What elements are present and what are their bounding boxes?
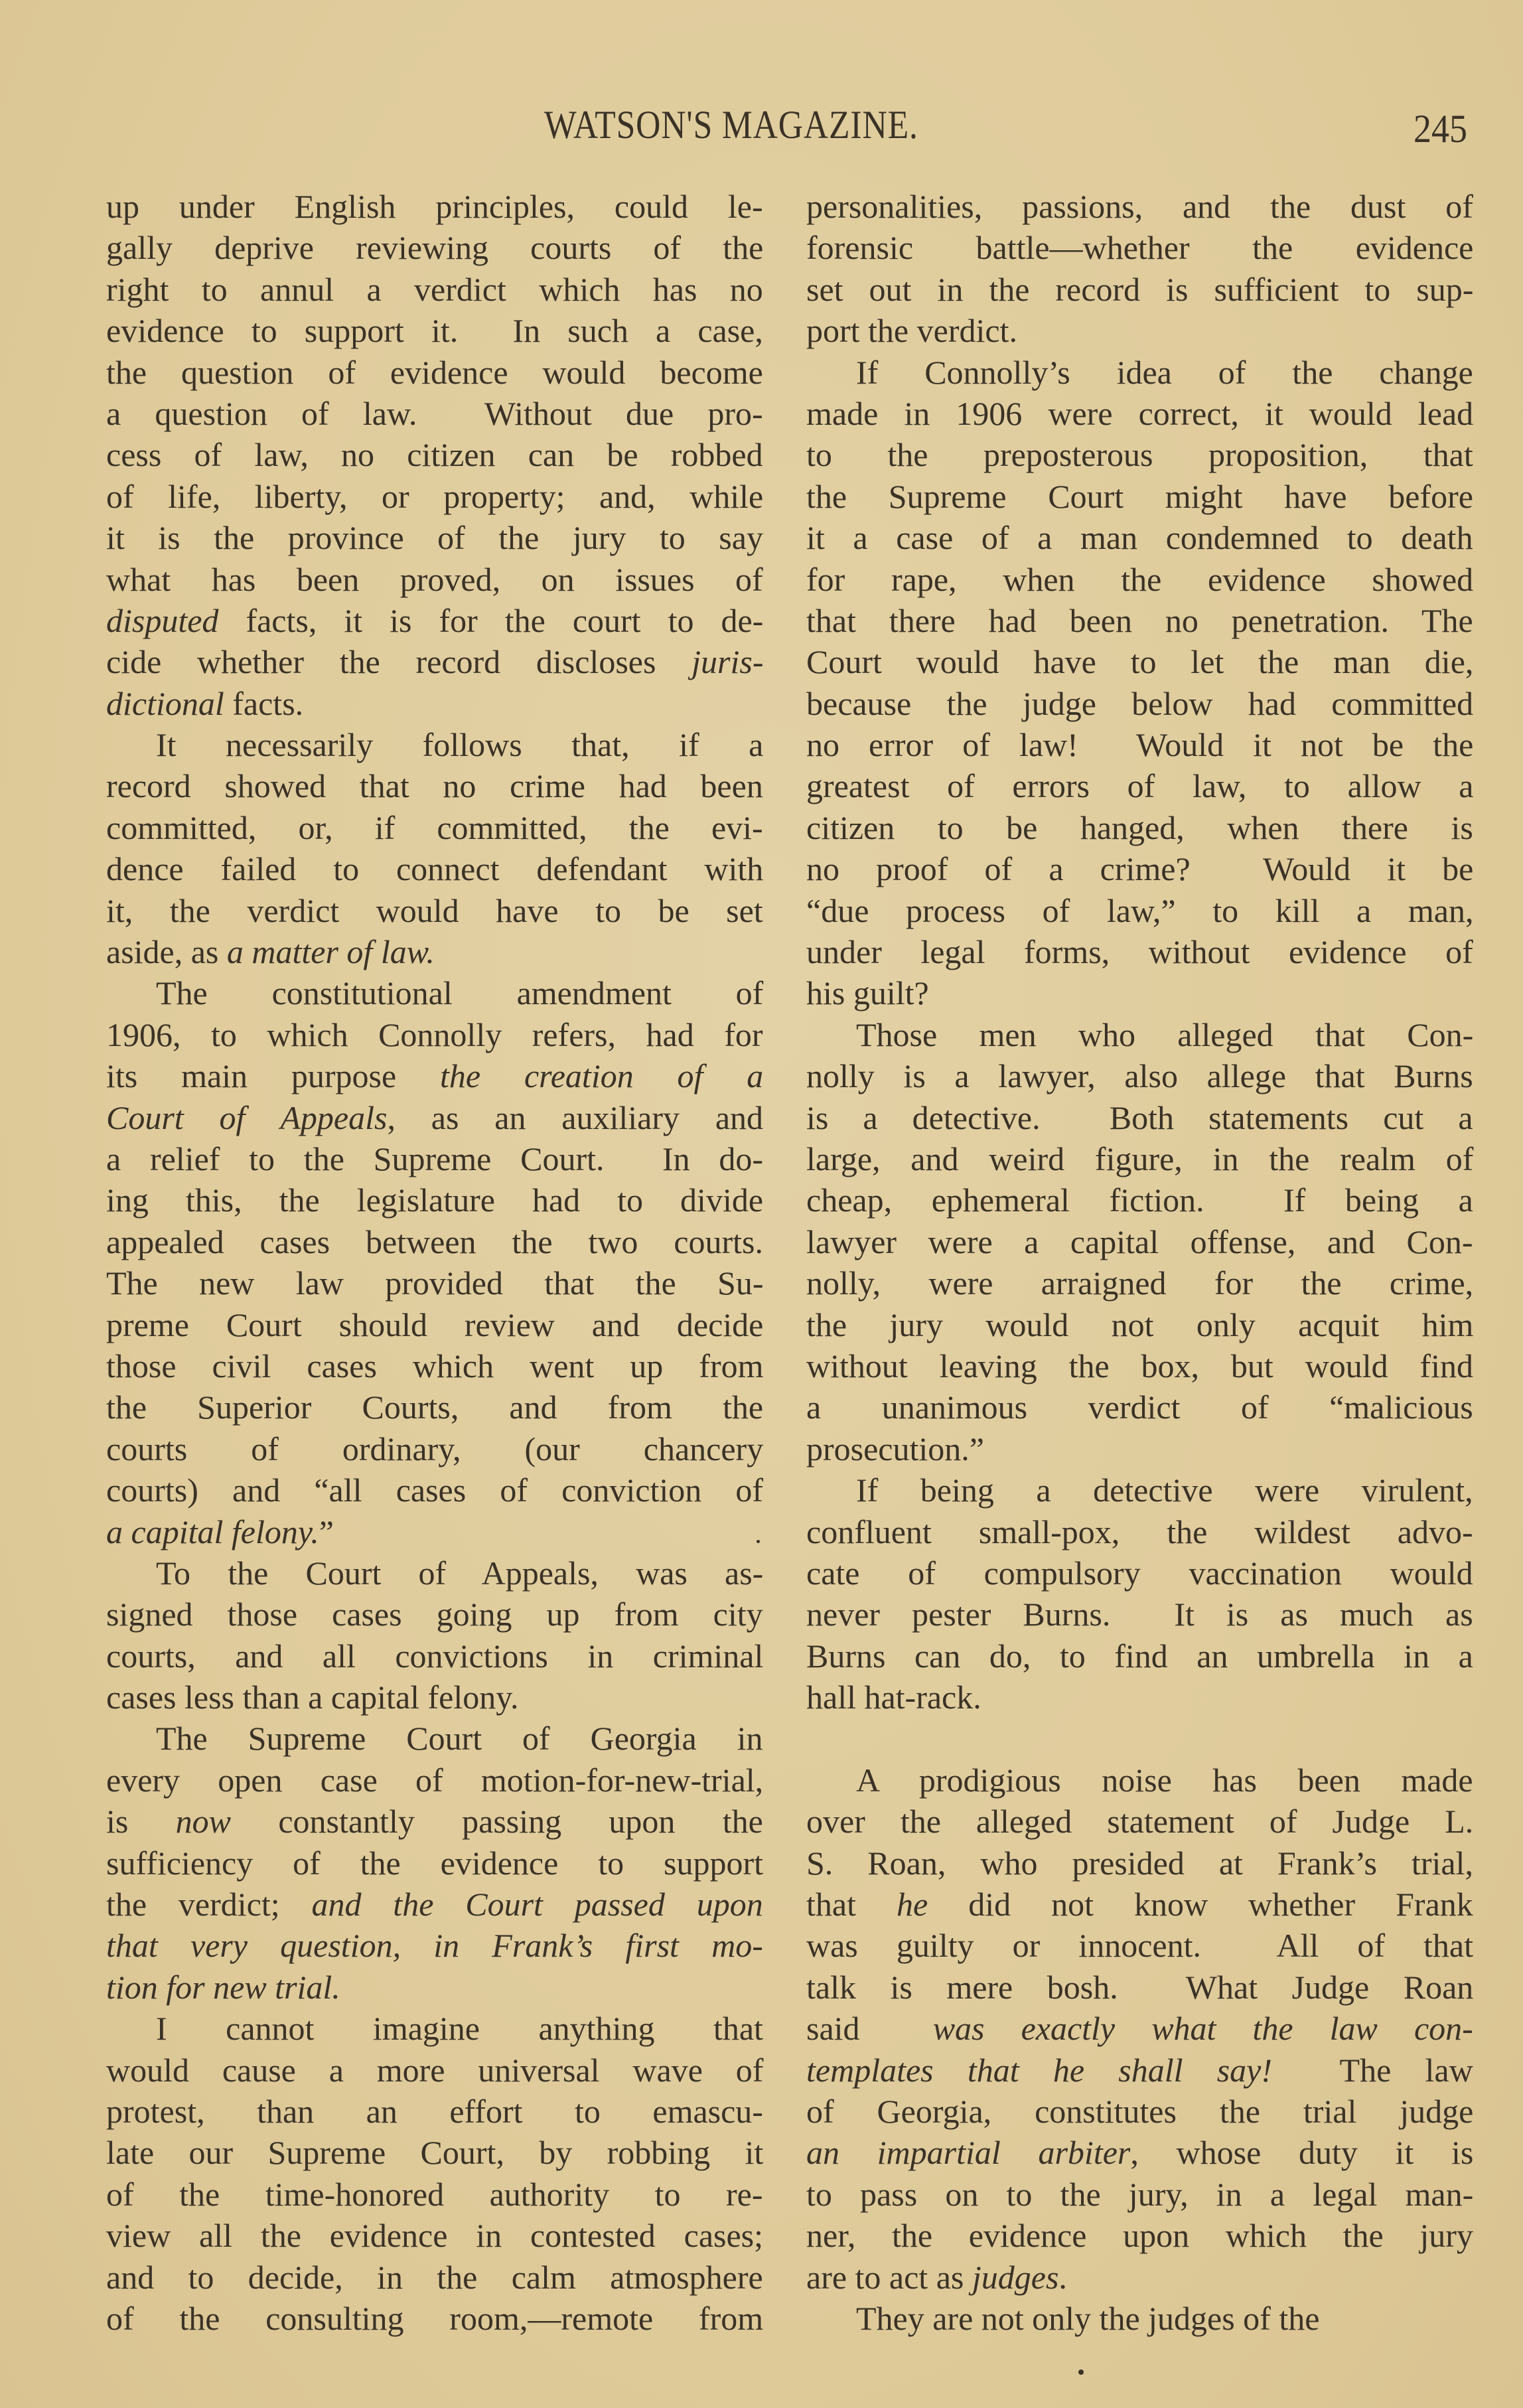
text-line: his guilt? xyxy=(806,972,1473,1014)
body-text: because the judge below had committed xyxy=(806,685,1473,722)
body-text: prosecution.” xyxy=(806,1430,984,1467)
text-line: They are not only the judges of the xyxy=(806,2298,1473,2339)
text-line: S. Roan, who presided at Frank’s trial, xyxy=(806,1843,1473,1884)
body-text: If Connolly’s idea of the change xyxy=(856,354,1473,391)
italic-text: an impartial arbiter xyxy=(806,2134,1130,2171)
body-text: the verdict; xyxy=(106,1886,311,1923)
body-text: Those men who alleged that Con- xyxy=(856,1016,1473,1053)
body-text: never pester Burns. It is as much as xyxy=(806,1596,1473,1633)
text-line: cases less than a capital felony. xyxy=(106,1677,763,1718)
body-text: over the alleged statement of Judge L. xyxy=(806,1803,1473,1840)
italic-text: templates that he shall say! xyxy=(806,2052,1272,2089)
body-text: without leaving the box, but would find xyxy=(806,1347,1473,1385)
body-text: cases less than a capital felony. xyxy=(106,1679,519,1716)
italic-text: judges xyxy=(972,2259,1059,2296)
body-text: citizen to be hanged, when there is xyxy=(806,809,1473,846)
text-line: its main purpose the creation of a xyxy=(106,1055,763,1096)
text-line: a relief to the Supreme Court. In do- xyxy=(106,1138,763,1179)
body-text: that there had been no penetration. The xyxy=(806,602,1473,639)
body-text: of life, liberty, or property; and, whil… xyxy=(106,478,763,515)
text-line: evidence to support it. In such a case, xyxy=(106,310,763,351)
text-line: the jury would not only acquit him xyxy=(806,1304,1473,1345)
italic-text: Court of Appeals xyxy=(106,1099,387,1136)
text-line: a question of law. Without due pro- xyxy=(106,393,763,434)
body-text: and to decide, in the calm atmosphere xyxy=(106,2259,763,2296)
text-line: templates that he shall say! The law xyxy=(806,2050,1473,2091)
body-text: facts. xyxy=(224,685,303,722)
text-line: up under English principles, could le- xyxy=(106,186,763,227)
body-text: aside, as xyxy=(106,933,227,970)
text-line: greatest of errors of law, to allow a xyxy=(806,765,1473,806)
body-text: up under English principles, could le- xyxy=(106,188,763,225)
body-text: to the preposterous proposition, that xyxy=(806,436,1473,473)
body-text: courts) and “all cases of conviction of xyxy=(106,1471,763,1509)
body-text: talk is mere bosh. What Judge Roan xyxy=(806,1969,1473,2006)
text-line: it is the province of the jury to say xyxy=(106,517,763,558)
text-line: gally deprive reviewing courts of the xyxy=(106,227,763,268)
body-text: 1906, to which Connolly refers, had for xyxy=(106,1016,763,1053)
body-text: of the time-honored authority to re- xyxy=(106,2176,763,2213)
text-line: and to decide, in the calm atmosphere xyxy=(106,2257,763,2298)
body-text: view all the evidence in contested cases… xyxy=(106,2217,763,2254)
text-line: of life, liberty, or property; and, whil… xyxy=(106,476,763,517)
body-text: personalities, passions, and the dust of xyxy=(806,188,1473,225)
text-line: those civil cases which went up from xyxy=(106,1345,763,1387)
text-line: said was exactly what the law con- xyxy=(806,2008,1473,2049)
section-break xyxy=(806,1718,1473,1759)
text-line: Court of Appeals, as an auxiliary and xyxy=(106,1097,763,1138)
text-line: cess of law, no citizen can be robbed xyxy=(106,434,763,475)
italic-text: was exactly what the law con- xyxy=(933,2010,1473,2047)
text-line: of the time-honored authority to re- xyxy=(106,2174,763,2215)
text-line: an impartial arbiter, whose duty it is xyxy=(806,2132,1473,2173)
text-line: tion for new trial. xyxy=(106,1967,763,2008)
text-line: cate of compulsory vaccination would xyxy=(806,1552,1473,1594)
body-text: To the Court of Appeals, was as- xyxy=(156,1554,763,1592)
body-text: appealed cases between the two courts. xyxy=(106,1223,763,1260)
text-line: signed those cases going up from city xyxy=(106,1594,763,1635)
body-text: his guilt? xyxy=(806,974,929,1012)
text-line: personalities, passions, and the dust of xyxy=(806,186,1473,227)
body-text: They are not only the judges of the xyxy=(856,2300,1319,2337)
body-text: ing this, the legislature had to divide xyxy=(106,1181,763,1219)
text-line: because the judge below had committed xyxy=(806,683,1473,724)
body-text: The law xyxy=(1272,2052,1473,2089)
body-text: for rape, when the evidence showed xyxy=(806,561,1473,598)
text-line: cide whether the record discloses juris- xyxy=(106,641,763,682)
body-text: The new law provided that the Su- xyxy=(106,1264,763,1302)
body-text: it, the verdict would have to be set xyxy=(106,892,763,929)
text-line: would cause a more universal wave of xyxy=(106,2050,763,2091)
text-line: for rape, when the evidence showed xyxy=(806,559,1473,600)
body-text: set out in the record is sufficient to s… xyxy=(806,271,1473,308)
body-text: that xyxy=(806,1886,897,1923)
text-line: that there had been no penetration. The xyxy=(806,600,1473,641)
text-line: late our Supreme Court, by robbing it xyxy=(106,2132,763,2173)
text-line: port the verdict. xyxy=(806,310,1473,351)
text-line: never pester Burns. It is as much as xyxy=(806,1594,1473,1635)
body-text: late our Supreme Court, by robbing it xyxy=(106,2134,763,2171)
text-line: cheap, ephemeral fiction. If being a xyxy=(806,1179,1473,1221)
text-line: sufficiency of the evidence to support xyxy=(106,1843,763,1884)
page-number: 245 xyxy=(1414,106,1467,152)
text-line: aside, as a matter of law. xyxy=(106,931,763,972)
text-line: is a detective. Both statements cut a xyxy=(806,1097,1473,1138)
body-text: a question of law. Without due pro- xyxy=(106,395,763,432)
text-line: no error of law! Would it not be the xyxy=(806,724,1473,765)
text-line: nolly is a lawyer, also allege that Burn… xyxy=(806,1055,1473,1096)
footer-dot xyxy=(1078,2370,1084,2375)
text-line: no proof of a crime? Would it be xyxy=(806,848,1473,889)
body-text: under legal forms, without evidence of xyxy=(806,933,1473,970)
body-text: I cannot imagine anything that xyxy=(156,2010,763,2047)
body-text: no proof of a crime? Would it be xyxy=(806,850,1473,887)
text-line: record showed that no crime had been xyxy=(106,765,763,806)
body-text: to pass on to the jury, in a legal man- xyxy=(806,2176,1473,2213)
body-text: courts of ordinary, (our chancery xyxy=(106,1430,763,1467)
body-text: evidence to support it. In such a case, xyxy=(106,312,763,349)
body-text: preme Court should review and decide xyxy=(106,1306,763,1343)
text-line: to the preposterous proposition, that xyxy=(806,434,1473,475)
text-line: what has been proved, on issues of xyxy=(106,559,763,600)
text-line: over the alleged statement of Judge L. xyxy=(806,1801,1473,1842)
text-line: ing this, the legislature had to divide xyxy=(106,1179,763,1221)
text-line: It necessarily follows that, if a xyxy=(106,724,763,765)
text-line: ner, the evidence upon which the jury xyxy=(806,2215,1473,2256)
italic-text: now xyxy=(176,1803,231,1840)
text-line: that very question, in Frank’s first mo- xyxy=(106,1925,763,1966)
body-text: is xyxy=(106,1803,176,1840)
body-text: is a detective. Both statements cut a xyxy=(806,1099,1473,1136)
body-text: right to annul a verdict which has no xyxy=(106,271,763,308)
body-text: forensic battle—whether the evidence xyxy=(806,229,1473,266)
print-speck xyxy=(757,1540,760,1543)
body-text: would cause a more universal wave of xyxy=(106,2052,763,2089)
body-text: S. Roan, who presided at Frank’s trial, xyxy=(806,1844,1473,1882)
body-text: said xyxy=(806,2010,933,2047)
page-header: WATSON'S MAGAZINE. 245 xyxy=(0,100,1523,153)
text-line: it, the verdict would have to be set xyxy=(106,890,763,931)
body-text: the jury would not only acquit him xyxy=(806,1306,1473,1343)
text-line: to pass on to the jury, in a legal man- xyxy=(806,2174,1473,2215)
body-text: If being a detective were virulent, xyxy=(856,1471,1473,1509)
text-line: every open case of motion-for-new-trial, xyxy=(106,1760,763,1801)
text-line: it a case of a man condemned to death xyxy=(806,517,1473,558)
body-text: those civil cases which went up from xyxy=(106,1347,763,1385)
body-text: large, and weird figure, in the realm of xyxy=(806,1140,1473,1177)
text-line: right to annul a verdict which has no xyxy=(106,269,763,310)
body-text: made in 1906 were correct, it would lead xyxy=(806,395,1473,432)
body-text: constantly passing upon the xyxy=(231,1803,763,1840)
text-line: courts of ordinary, (our chancery xyxy=(106,1428,763,1469)
body-text: Burns can do, to find an umbrella in a xyxy=(806,1637,1473,1675)
body-text: cheap, ephemeral fiction. If being a xyxy=(806,1181,1473,1219)
text-line: the Superior Courts, and from the xyxy=(106,1387,763,1428)
body-text: . xyxy=(1058,2259,1067,2296)
body-text: greatest of errors of law, to allow a xyxy=(806,767,1473,804)
body-text: Court would have to let the man die, xyxy=(806,643,1473,680)
running-title: WATSON'S MAGAZINE. xyxy=(544,102,918,148)
italic-text: a matter of law. xyxy=(227,933,435,970)
body-text: the question of evidence would become xyxy=(106,354,763,391)
body-text: It necessarily follows that, if a xyxy=(156,726,763,763)
body-text: it is the province of the jury to say xyxy=(106,519,763,556)
text-line: “due process of law,” to kill a man, xyxy=(806,890,1473,931)
text-line: citizen to be hanged, when there is xyxy=(806,807,1473,848)
text-line: is now constantly passing upon the xyxy=(106,1801,763,1842)
text-line: If being a detective were virulent, xyxy=(806,1469,1473,1511)
text-line: Those men who alleged that Con- xyxy=(806,1014,1473,1055)
text-line: was guilty or innocent. All of that xyxy=(806,1925,1473,1966)
body-text: the Superior Courts, and from the xyxy=(106,1389,763,1426)
body-text: A prodigious noise has been made xyxy=(856,1762,1473,1799)
body-text: of Georgia, constitutes the trial judge xyxy=(806,2093,1473,2130)
text-line: a unanimous verdict of “malicious xyxy=(806,1387,1473,1428)
text-line: The new law provided that the Su- xyxy=(106,1262,763,1304)
text-line: are to act as judges. xyxy=(806,2257,1473,2298)
body-text: nolly is a lawyer, also allege that Burn… xyxy=(806,1057,1473,1094)
body-text: , whose duty it is xyxy=(1130,2134,1473,2171)
body-text: the Supreme Court might have before xyxy=(806,478,1473,515)
text-line: forensic battle—whether the evidence xyxy=(806,227,1473,268)
text-line: I cannot imagine anything that xyxy=(106,2008,763,2049)
text-line: confluent small-pox, the wildest advo- xyxy=(806,1511,1473,1552)
text-line: large, and weird figure, in the realm of xyxy=(806,1138,1473,1179)
left-column: up under English principles, could le-ga… xyxy=(106,186,763,2339)
body-text: facts, it is for the court to de- xyxy=(218,602,763,639)
text-line: under legal forms, without evidence of xyxy=(806,931,1473,972)
text-line: A prodigious noise has been made xyxy=(806,1760,1473,1801)
body-text: ” xyxy=(319,1513,334,1550)
body-text: of the consulting room,—remote from xyxy=(106,2300,763,2337)
italic-text: and the Court passed upon xyxy=(311,1886,762,1923)
text-line: nolly, were arraigned for the crime, xyxy=(806,1262,1473,1304)
text-line: protest, than an effort to emascu- xyxy=(106,2091,763,2132)
text-line: If Connolly’s idea of the change xyxy=(806,352,1473,393)
body-text: sufficiency of the evidence to support xyxy=(106,1844,763,1882)
italic-text: tion for new trial. xyxy=(106,1969,340,2006)
body-text: it a case of a man condemned to death xyxy=(806,519,1473,556)
body-text: its main purpose xyxy=(106,1057,440,1094)
body-text: lawyer were a capital offense, and Con- xyxy=(806,1223,1473,1260)
text-line: Burns can do, to find an umbrella in a xyxy=(806,1635,1473,1677)
text-line: The Supreme Court of Georgia in xyxy=(106,1718,763,1759)
body-text: cess of law, no citizen can be robbed xyxy=(106,436,763,473)
body-text: every open case of motion-for-new-trial, xyxy=(106,1762,763,1799)
text-line: lawyer were a capital offense, and Con- xyxy=(806,1221,1473,1262)
text-line: that he did not know whether Frank xyxy=(806,1884,1473,1925)
text-line: courts, and all convictions in criminal xyxy=(106,1635,763,1677)
body-text: protest, than an effort to emascu- xyxy=(106,2093,763,2130)
body-text: are to act as xyxy=(806,2259,972,2296)
text-line: the Supreme Court might have before xyxy=(806,476,1473,517)
text-line: disputed facts, it is for the court to d… xyxy=(106,600,763,641)
text-line: of the consulting room,—remote from xyxy=(106,2298,763,2339)
body-text: , as an auxiliary and xyxy=(387,1099,763,1136)
body-text: cide whether the record discloses xyxy=(106,643,691,680)
text-line: without leaving the box, but would find xyxy=(806,1345,1473,1387)
text-line: talk is mere bosh. What Judge Roan xyxy=(806,1967,1473,2008)
body-text: what has been proved, on issues of xyxy=(106,561,763,598)
text-line: a capital felony.” xyxy=(106,1511,763,1552)
body-text: committed, or, if committed, the evi- xyxy=(106,809,763,846)
text-line: 1906, to which Connolly refers, had for xyxy=(106,1014,763,1055)
italic-text: he xyxy=(897,1886,928,1923)
text-line: The constitutional amendment of xyxy=(106,972,763,1014)
text-line: hall hat-rack. xyxy=(806,1677,1473,1718)
body-text: gally deprive reviewing courts of the xyxy=(106,229,763,266)
italic-text: disputed xyxy=(106,602,218,639)
text-line: preme Court should review and decide xyxy=(106,1304,763,1345)
text-line: dence failed to connect defendant with xyxy=(106,848,763,889)
body-text: confluent small-pox, the wildest advo- xyxy=(806,1513,1473,1550)
text-line: the question of evidence would become xyxy=(106,352,763,393)
body-text: a unanimous verdict of “malicious xyxy=(806,1389,1473,1426)
italic-text: the creation of a xyxy=(440,1057,763,1094)
italic-text: dictional xyxy=(106,685,224,722)
body-text: did not know whether Frank xyxy=(928,1886,1473,1923)
right-column: personalities, passions, and the dust of… xyxy=(806,186,1473,2339)
italic-text: juris- xyxy=(691,643,763,680)
italic-text: that very question, in Frank’s first mo- xyxy=(106,1927,763,1964)
text-line: set out in the record is sufficient to s… xyxy=(806,269,1473,310)
body-text: dence failed to connect defendant with xyxy=(106,850,763,887)
body-text: signed those cases going up from city xyxy=(106,1596,763,1633)
text-line: To the Court of Appeals, was as- xyxy=(106,1552,763,1594)
body-text: “due process of law,” to kill a man, xyxy=(806,892,1473,929)
text-line: view all the evidence in contested cases… xyxy=(106,2215,763,2256)
body-text: cate of compulsory vaccination would xyxy=(806,1554,1473,1592)
body-text: nolly, were arraigned for the crime, xyxy=(806,1264,1473,1302)
text-line: made in 1906 were correct, it would lead xyxy=(806,393,1473,434)
text-line: of Georgia, constitutes the trial judge xyxy=(806,2091,1473,2132)
body-text: no error of law! Would it not be the xyxy=(806,726,1473,763)
body-text: The Supreme Court of Georgia in xyxy=(156,1720,763,1757)
text-line: appealed cases between the two courts. xyxy=(106,1221,763,1262)
text-line: Court would have to let the man die, xyxy=(806,641,1473,682)
italic-text: a capital felony. xyxy=(106,1513,319,1550)
text-line: committed, or, if committed, the evi- xyxy=(106,807,763,848)
text-line: courts) and “all cases of conviction of xyxy=(106,1469,763,1511)
text-line: prosecution.” xyxy=(806,1428,1473,1469)
body-text: record showed that no crime had been xyxy=(106,767,763,804)
text-line: the verdict; and the Court passed upon xyxy=(106,1884,763,1925)
body-text: port the verdict. xyxy=(806,312,1017,349)
body-text: hall hat-rack. xyxy=(806,1679,981,1716)
body-text: courts, and all convictions in criminal xyxy=(106,1637,763,1675)
body-text: The constitutional amendment of xyxy=(156,974,763,1012)
body-text: was guilty or innocent. All of that xyxy=(806,1927,1473,1964)
text-line: dictional facts. xyxy=(106,683,763,724)
body-text: ner, the evidence upon which the jury xyxy=(806,2217,1473,2254)
body-text: a relief to the Supreme Court. In do- xyxy=(106,1140,763,1177)
